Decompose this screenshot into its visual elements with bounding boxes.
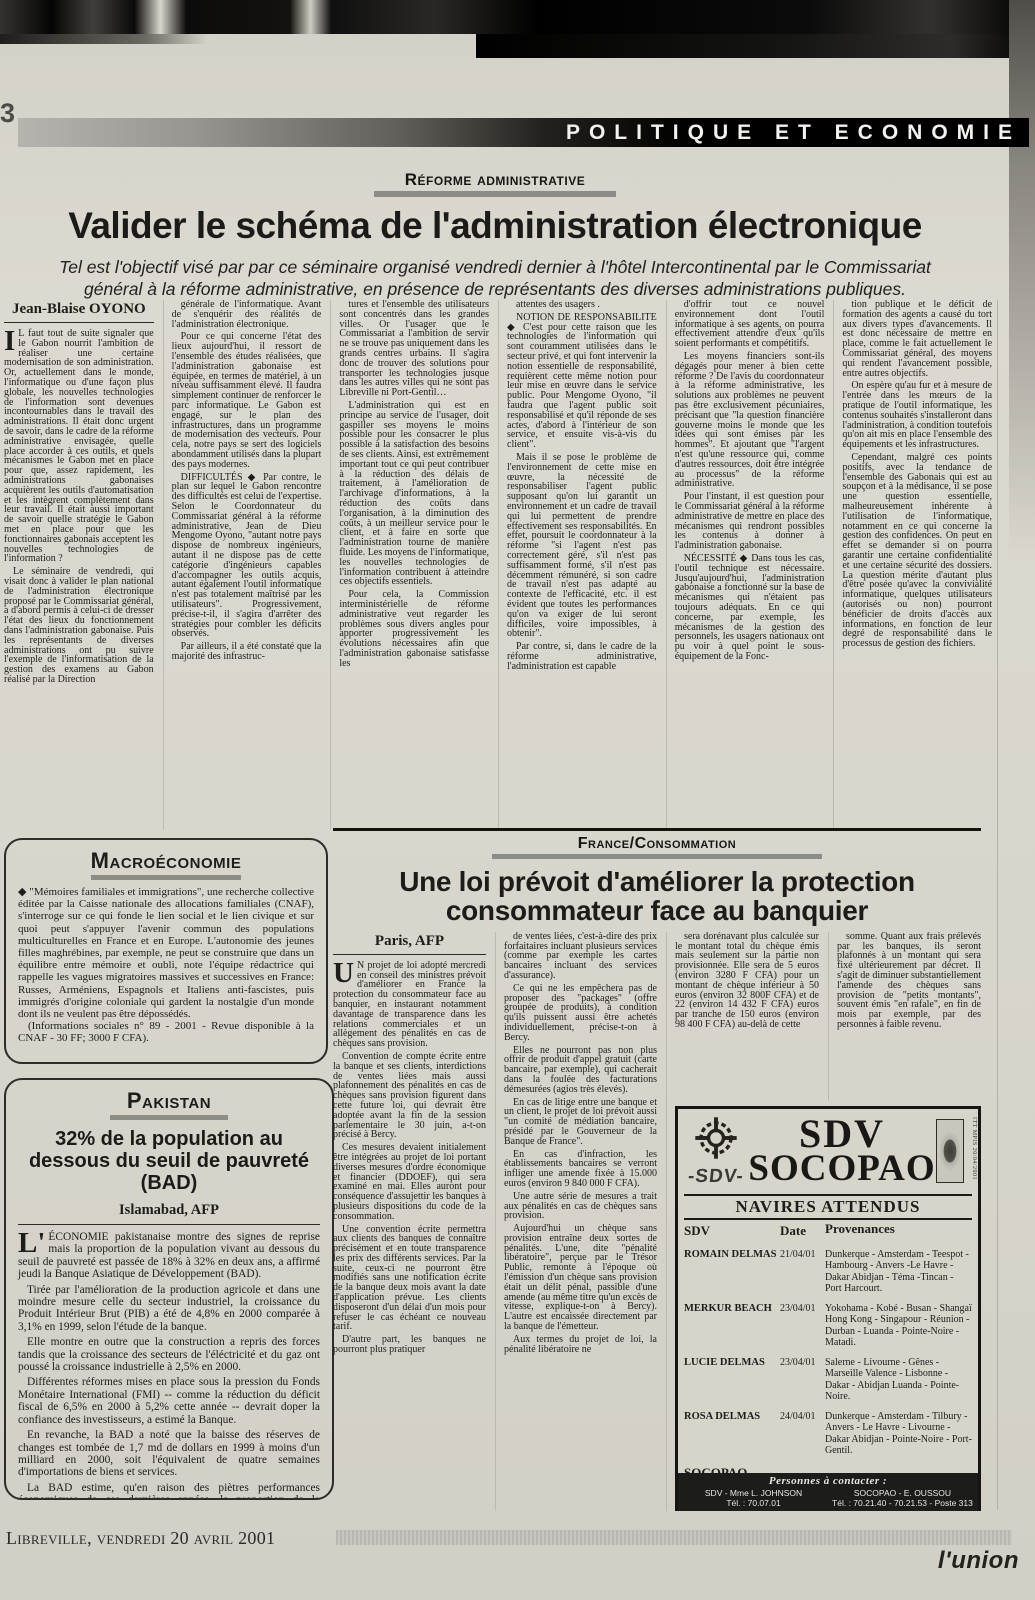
newspaper-page: { "colors":{"paper":"#d8d5cc","ink":"#1d…	[0, 0, 1035, 1600]
france-kicker-bar	[492, 854, 822, 859]
contact-sdv-name: SDV - Mme L. JOHNSON	[682, 1488, 825, 1498]
contact-sdv-tel: Tél. : 70.07.01	[682, 1498, 825, 1508]
ships-table-rows: ROMAIN DELMAS21/04/01Dunkerque - Amsterd…	[684, 1249, 972, 1511]
paragraph: générale de l'informatique. Avant de s'e…	[172, 300, 322, 329]
france-byline: Paris, AFP	[333, 932, 486, 955]
macroeconomie-text: ◆ "Mémoires familiales et immigrations",…	[18, 886, 314, 1045]
stamp-image	[936, 1119, 964, 1183]
page-edge-rule	[997, 300, 998, 1510]
header-date: Date	[780, 1223, 825, 1239]
footer-halftone-bar	[336, 1530, 1012, 1545]
paragraph: UN projet de loi adopté mercredi en cons…	[333, 961, 486, 1049]
ship-row: MERKUR BEACH23/04/01Yokohama - Kobé - Bu…	[684, 1303, 972, 1349]
column-1: Jean-Blaise OYONO IL faut tout de suite …	[4, 300, 154, 830]
paragraph: attentes des usagers .	[507, 300, 657, 310]
pakistan-title-bar	[110, 1115, 228, 1120]
column-1-text: IL faut tout de suite signaler que le Ga…	[4, 329, 154, 685]
pakistan-byline: Islamabad, AFP	[18, 1202, 320, 1225]
ship-row: ROSA DELMAS24/04/01Dunkerque - Amsterdam…	[684, 1411, 972, 1457]
navires-attendus-title: NAVIRES ATTENDUS	[684, 1194, 972, 1220]
france-column-2-text: de ventes liées, c'est-à-dire des prix f…	[495, 932, 657, 1511]
contacts-title: Personnes à contacter :	[682, 1475, 974, 1487]
paragraph: IL faut tout de suite signaler que le Ga…	[4, 329, 154, 564]
paragraph: Aux termes du projet de loi, la pénalité…	[504, 1335, 657, 1355]
scan-artifact-top-right	[476, 34, 1035, 58]
paragraph: Une autre série de mesures a trait aux p…	[504, 1192, 657, 1221]
pakistan-headline: 32% de la population au dessous du seuil…	[26, 1128, 312, 1194]
paragraph: DIFFICULTÉS ◆ Par contre, le plan sur le…	[172, 473, 322, 640]
ship-route: Salerne - Livourne - Gênes - Marseille V…	[825, 1357, 972, 1403]
paragraph: tion publique et le déficit de formation…	[842, 300, 992, 378]
macroeconomie-box: Macroéconomie ◆ "Mémoires familiales et …	[4, 838, 328, 1064]
stamp-note: ITT MPIS 20/04/2001	[971, 1117, 977, 1180]
column-6-text: tion publique et le déficit de formation…	[833, 300, 992, 830]
paragraph: Une convention écrite permettra aux clie…	[333, 1225, 486, 1333]
paragraph: Ces mesures devaient initialement être i…	[333, 1143, 486, 1221]
scan-artifact-top-left	[0, 34, 207, 44]
pakistan-title: Pakistan	[18, 1088, 320, 1114]
page-number: 3	[0, 98, 15, 129]
paragraph: Cependant, malgré ces points positifs, a…	[842, 453, 992, 649]
ad-title-line1: SDV	[748, 1116, 935, 1152]
ship-date: 23/04/01	[780, 1303, 825, 1349]
paragraph: Le séminaire de vendredi, qui visait don…	[4, 567, 154, 685]
france-right-area: sera dorénavant plus calculée sur le mon…	[666, 932, 981, 1511]
paragraph: Pour cela, la Commission interministérie…	[339, 590, 489, 668]
reform-article-header: Réforme administrative Valider le schéma…	[0, 170, 990, 300]
france-column-1: Paris, AFP UN projet de loi adopté mercr…	[333, 932, 486, 1511]
column-4-text: attentes des usagers .NOTION DE RESPONSA…	[498, 300, 657, 830]
paragraph: D'autre part, les banques ne pourront pl…	[333, 1335, 486, 1355]
contact-sdv: SDV - Mme L. JOHNSON Tél. : 70.07.01	[682, 1488, 825, 1508]
france-short-columns: sera dorénavant plus calculée sur le mon…	[675, 932, 981, 1100]
ship-route: Yokohama - Kobé - Busan - Shangaï Hong K…	[825, 1303, 972, 1349]
reform-lede: Tel est l'objectif visé par par ce sémin…	[45, 257, 945, 301]
scan-artifact-right-edge	[1009, 0, 1035, 560]
column-2-text: générale de l'informatique. Avant de s'e…	[163, 300, 322, 830]
paragraph: Par ailleurs, il a été constaté que la m…	[172, 642, 322, 662]
section-banner: POLITIQUE ET ECONOMIE	[18, 118, 1029, 147]
column-3-text: tures et l'ensemble des utilisateurs son…	[330, 300, 489, 830]
ship-date: 23/04/01	[780, 1357, 825, 1403]
ships-table-header: SDV Date Provenances	[684, 1223, 972, 1239]
paragraph: Mais il se pose le problème de l'environ…	[507, 453, 657, 639]
footer-dateline: Libreville, vendredi 20 avril 2001	[6, 1528, 275, 1549]
reform-headline: Valider le schéma de l'administration él…	[0, 207, 990, 245]
kicker-underline-bar	[374, 191, 616, 197]
pakistan-text: L'ÉCONOMIE pakistanaise montre des signe…	[18, 1231, 320, 1500]
ship-route: Dunkerque - Amsterdam - Tilbury - Anvers…	[825, 1411, 972, 1457]
ship-name: MERKUR BEACH	[684, 1303, 780, 1349]
paragraph: NÉCESSITÉ ◆ Dans tous les cas, l'outil t…	[675, 554, 825, 662]
ship-name: LUCIE DELMAS	[684, 1357, 780, 1403]
ad-contacts-bar: Personnes à contacter : SDV - Mme L. JOH…	[678, 1473, 978, 1511]
ship-row: ROMAIN DELMAS21/04/01Dunkerque - Amsterd…	[684, 1249, 972, 1295]
ship-name: ROSA DELMAS	[684, 1411, 780, 1457]
sdv-logo-block: -SDV-	[684, 1115, 748, 1188]
paragraph: Différentes réformes mises en place sous…	[18, 1376, 320, 1426]
ships-table: SDV Date Provenances ROMAIN DELMAS21/04/…	[678, 1220, 978, 1511]
ship-name: ROMAIN DELMAS	[684, 1249, 780, 1295]
reform-byline: Jean-Blaise OYONO	[4, 300, 154, 323]
reform-article-columns: Jean-Blaise OYONO IL faut tout de suite …	[4, 300, 992, 830]
paragraph: Pour l'instant, il est question pour le …	[675, 492, 825, 551]
paragraph: Ce qui ne les empêchera pas de proposer …	[504, 984, 657, 1043]
france-headline: Une loi prévoit d'améliorer la protectio…	[343, 867, 971, 926]
paragraph: d'offrir tout ce nouvel environnement do…	[675, 300, 825, 349]
sdv-gear-logo-icon	[693, 1148, 739, 1165]
newspaper-brand: l'union	[938, 1547, 1019, 1575]
ship-date: 21/04/01	[780, 1249, 825, 1295]
france-consommation-section: France/Consommation Une loi prévoit d'am…	[333, 828, 981, 1511]
paragraph: NOTION DE RESPONSABILITE ◆ C'est pour ce…	[507, 313, 657, 450]
reform-kicker: Réforme administrative	[0, 170, 990, 190]
paragraph: sera dorénavant plus calculée sur le mon…	[675, 932, 819, 1030]
france-column-3-text: sera dorénavant plus calculée sur le mon…	[675, 932, 819, 1100]
paragraph: somme. Quant aux frais prélevés par les …	[837, 932, 981, 1030]
contact-socopao: SOCOPAO - E. OUSSOU Tél. : 70.21.40 - 70…	[831, 1488, 974, 1508]
paragraph: Elles ne pourront pas non plus offrir de…	[504, 1046, 657, 1095]
paragraph: Par contre, si, dans le cadre de la réfo…	[507, 642, 657, 671]
paragraph: Aujourd'hui un chèque sans provision ent…	[504, 1224, 657, 1332]
france-column-1-text: UN projet de loi adopté mercredi en cons…	[333, 961, 486, 1355]
ship-route: Dunkerque - Amsterdam - Teespot - Hambou…	[825, 1249, 972, 1295]
france-columns: Paris, AFP UN projet de loi adopté mercr…	[333, 932, 981, 1511]
ad-title-line2: SOCOPAO	[748, 1152, 935, 1186]
paragraph: Tirée par l'amélioration de la productio…	[18, 1284, 320, 1334]
paragraph: (Informations sociales n° 89 - 2001 - Re…	[18, 1020, 314, 1044]
paragraph: En cas d'infraction, les établissements …	[504, 1150, 657, 1189]
paragraph: L'ÉCONOMIE pakistanaise montre des signe…	[18, 1231, 320, 1281]
ship-date: 24/04/01	[780, 1411, 825, 1457]
contact-socopao-tel: Tél. : 70.21.40 - 70.21.53 - Poste 313	[831, 1498, 974, 1508]
pakistan-box: Pakistan 32% de la population au dessous…	[4, 1078, 334, 1500]
paragraph: En cas de litige entre une banque et un …	[504, 1098, 657, 1147]
france-column-4-text: somme. Quant aux frais prélevés par les …	[828, 932, 981, 1100]
macroeconomie-title-bar	[91, 875, 241, 880]
sdv-socopao-ad: -SDV- SDV SOCOPAO ITT MPIS 20/04/2001 NA…	[675, 1106, 981, 1511]
paragraph: tures et l'ensemble des utilisateurs son…	[339, 300, 489, 398]
paragraph: L'administration qui est en principe au …	[339, 401, 489, 587]
paragraph: On espère qu'au fur et à mesure de l'ent…	[842, 381, 992, 450]
ad-header: -SDV- SDV SOCOPAO ITT MPIS 20/04/2001	[678, 1109, 978, 1192]
header-sdv: SDV	[684, 1223, 780, 1239]
ship-row: LUCIE DELMAS23/04/01Salerne - Livourne -…	[684, 1357, 972, 1403]
paragraph: Pour ce qui concerne l'état des lieux au…	[172, 332, 322, 469]
paragraph: ◆ "Mémoires familiales et immigrations",…	[18, 886, 314, 1020]
france-kicker: France/Consommation	[333, 835, 981, 853]
paragraph: La BAD estime, qu'en raison des piètres …	[18, 1482, 320, 1500]
column-5-text: d'offrir tout ce nouvel environnement do…	[666, 300, 825, 830]
paragraph: En revanche, la BAD a noté que la baisse…	[18, 1429, 320, 1479]
paragraph: Convention de compte écrite entre la ban…	[333, 1052, 486, 1140]
macroeconomie-title: Macroéconomie	[18, 848, 314, 874]
ad-title: SDV SOCOPAO	[748, 1116, 935, 1186]
sdv-wordmark: -SDV-	[687, 1166, 745, 1188]
paragraph: Les moyens financiers sont-ils dégagés p…	[675, 352, 825, 489]
scan-artifact-top	[0, 0, 1035, 34]
paragraph: Elle montre en outre que la construction…	[18, 1336, 320, 1373]
paragraph: de ventes liées, c'est-à-dire des prix f…	[504, 932, 657, 981]
contact-socopao-name: SOCOPAO - E. OUSSOU	[831, 1488, 974, 1498]
header-provenances: Provenances	[825, 1223, 972, 1239]
